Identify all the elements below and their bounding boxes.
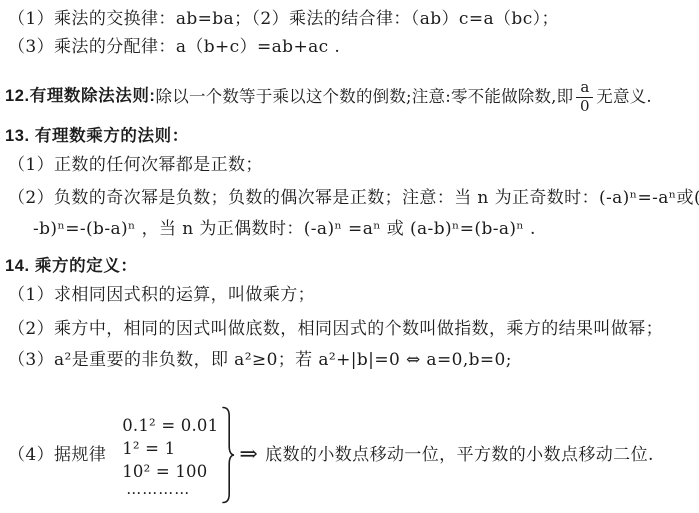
rule-14-item-4-label: （4）据规律 — [8, 445, 106, 465]
rule-13-item-2-line-2: -b)ⁿ=-(b-a)ⁿ ，当 n 为正偶数时：(-a)ⁿ =aⁿ 或 (a-b… — [33, 219, 536, 239]
multiplication-distributive-law-line: （3）乘法的分配律：a（b+c）=ab+ac . — [8, 37, 340, 57]
rule-13-item-1: （1）正数的任何次幂都是正数； — [8, 155, 263, 175]
rule-14-item-3: （3）a²是重要的非负数，即 a²≥0；若 a²+|b|=0 ⇔ a=0,b=0… — [8, 350, 512, 370]
rule-12-title: 12.有理数除法法则: — [5, 87, 156, 107]
rule-14-item-2: （2）乘方中，相同的因式叫做底数，相同因式的个数叫做指数，乘方的结果叫做幂； — [8, 319, 663, 339]
equation-row: 0.1² = 0.01 — [122, 414, 218, 437]
fraction-a-over-zero: a 0 — [576, 80, 593, 115]
right-brace-icon — [221, 406, 235, 504]
math-notes-document: （1）乘法的交换律：ab=ba；（2）乘法的结合律：（ab）c=a（bc）； （… — [0, 0, 699, 513]
fraction-denominator: 0 — [580, 98, 590, 115]
rule-13-title: 13. 有理数乘方的法则： — [5, 127, 189, 147]
rule-13-item-2-line-1: （2）负数的奇次幂是负数；负数的偶次幂是正数；注意：当 n 为正奇数时：(-a)… — [8, 188, 699, 208]
rule-14-item-4: （4）据规律 0.1² = 0.01 1² = 1 10² = 100 …………… — [8, 406, 654, 504]
rule-14-item-4-conclusion: 底数的小数点移动一位，平方数的小数点移动二位. — [265, 445, 654, 465]
example-equation-stack: 0.1² = 0.01 1² = 1 10² = 100 ………… — [122, 414, 218, 496]
multiplication-commutative-associative-law-line: （1）乘法的交换律：ab=ba；（2）乘法的结合律：（ab）c=a（bc）； — [8, 9, 559, 29]
implies-arrow-icon: ⇒ — [239, 444, 258, 466]
fraction-numerator: a — [576, 80, 593, 98]
rule-12-division-law-line: 12.有理数除法法则: 除以一个数等于乘以这个数的倒数;注意:零不能做除数,即 … — [5, 79, 652, 115]
rule-12-tail: 无意义. — [596, 87, 652, 107]
equation-row: 1² = 1 — [122, 437, 218, 460]
rule-12-body: 除以一个数等于乘以这个数的倒数;注意:零不能做除数,即 — [156, 87, 574, 107]
rule-14-title: 14. 乘方的定义： — [5, 257, 138, 277]
rule-14-item-1: （1）求相同因式积的运算，叫做乘方； — [8, 285, 315, 305]
equation-ellipsis-row: ………… — [122, 483, 218, 496]
